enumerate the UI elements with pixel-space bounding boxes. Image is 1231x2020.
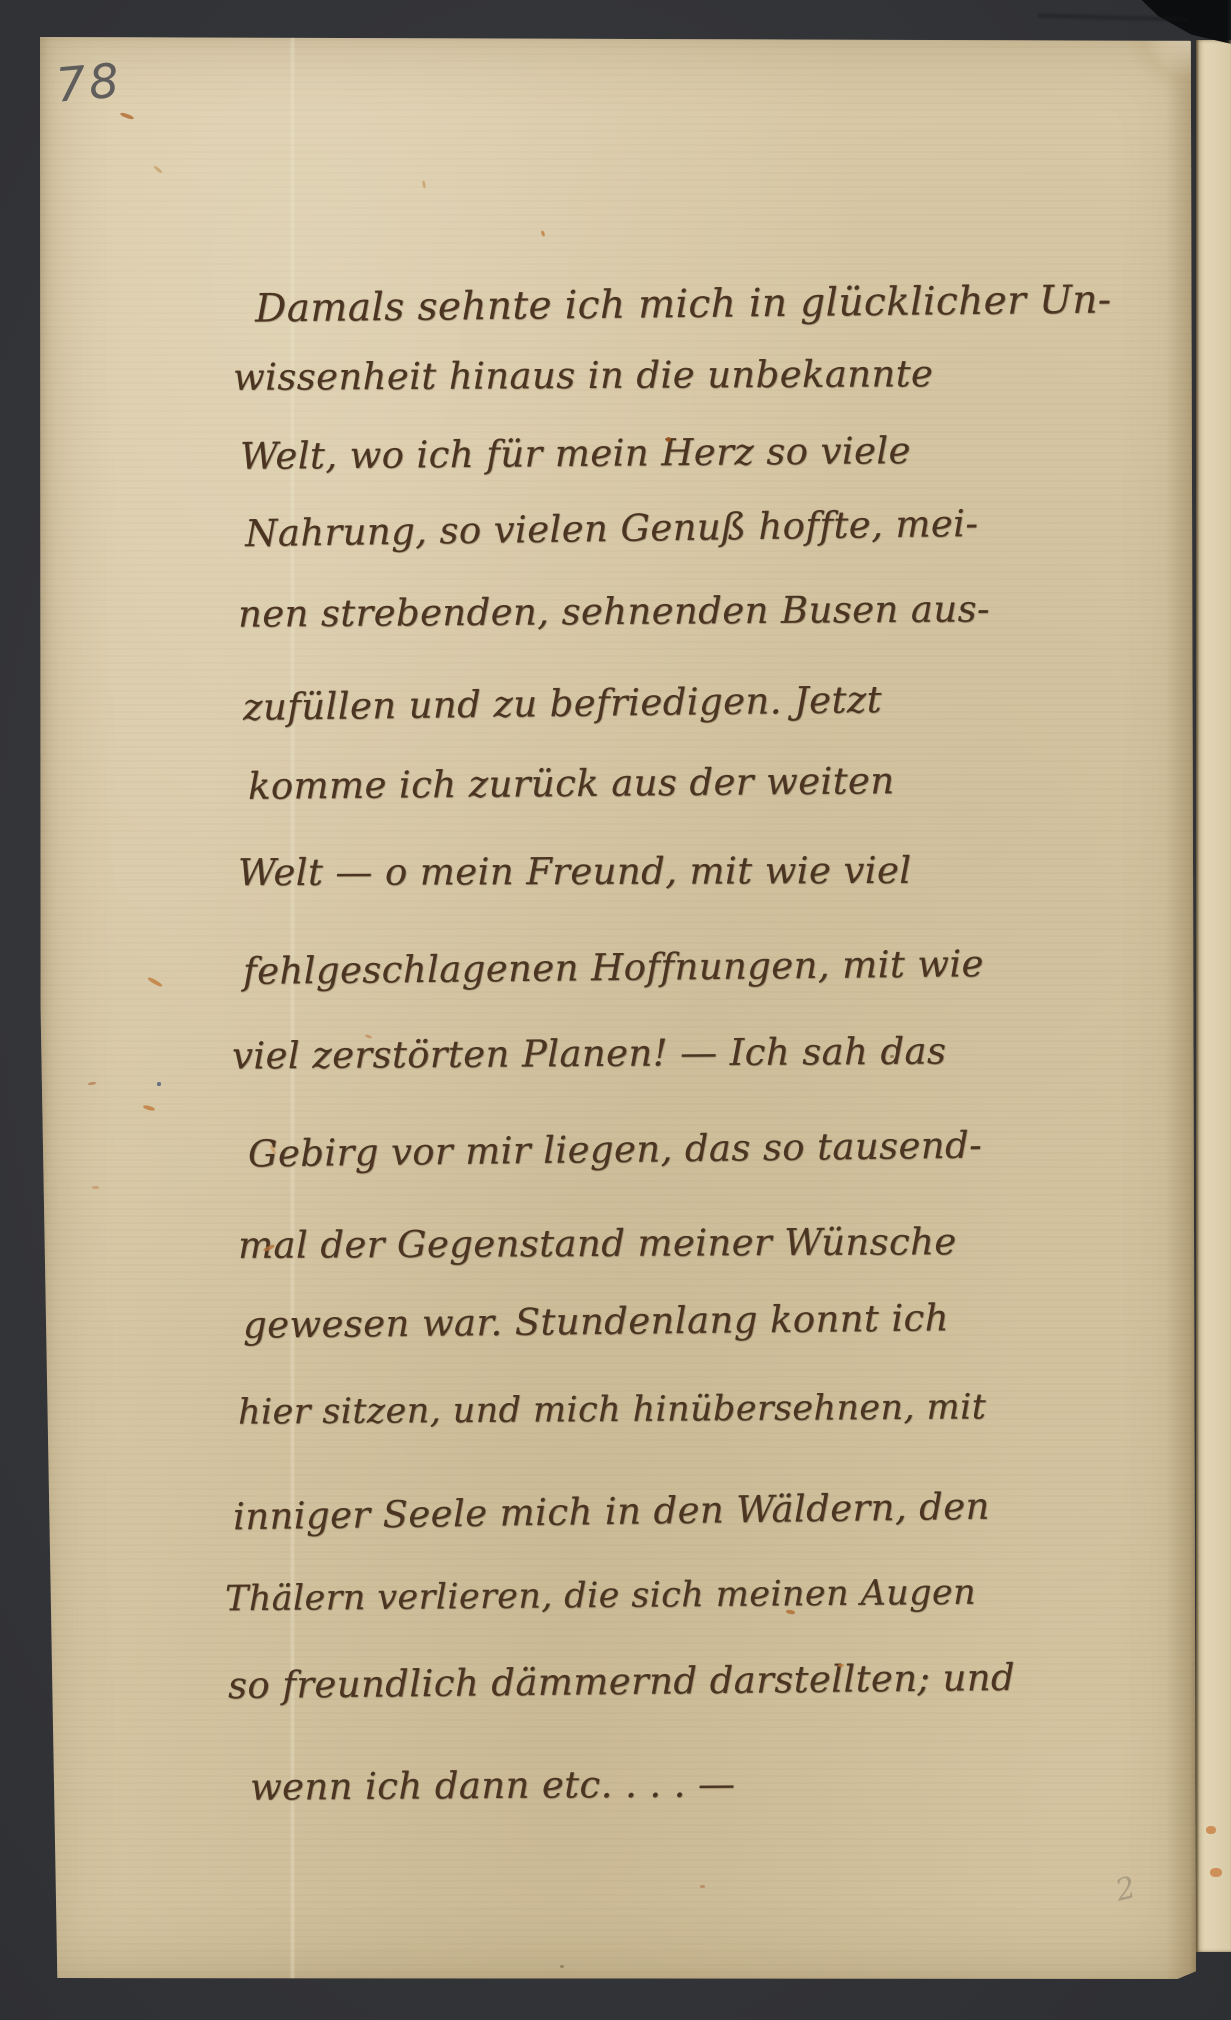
page-edge-shadow (1166, 36, 1196, 1980)
foxing-spot (157, 1082, 161, 1086)
manuscript-line: Nahrung, so vielen Genuß hoffte, mei- (245, 502, 979, 555)
page-number: 78 (54, 53, 124, 114)
manuscript-line: zufüllen und zu befriedigen. Jetzt (243, 678, 882, 729)
foxing-spot (700, 1885, 705, 1888)
manuscript-line: nen strebenden, sehnenden Busen aus- (238, 587, 990, 635)
manuscript-line: Damals sehnte ich mich in glücklicher Un… (255, 278, 1112, 332)
foxing-spot (838, 1664, 844, 1667)
manuscript-line: so freundlich dämmernd darstellten; und (228, 1656, 1015, 1707)
foxing-spot (890, 1055, 894, 1058)
manuscript-line: fehlgeschlagenen Hoffnungen, mit wie (243, 942, 984, 993)
manuscript-line: hier sitzen, und mich hinübersehnen, mit (238, 1387, 986, 1432)
manuscript-line: wissenheit hinaus in die unbekannte (233, 352, 933, 399)
manuscript-page: 78 Damals sehnte ich mich in glücklicher… (40, 36, 1196, 1980)
manuscript-line: inniger Seele mich in den Wäldern, den (233, 1485, 990, 1539)
manuscript-line: wenn ich dann etc. . . . — (250, 1762, 736, 1808)
manuscript-line: komme ich zurück aus der weiten (248, 759, 895, 808)
page-corner-curl (1128, 34, 1198, 94)
corner-pencil-mark: 2 (1112, 1870, 1139, 1909)
foxing-spot (1210, 1868, 1222, 1877)
manuscript-line: Welt, wo ich für mein Herz so viele (240, 429, 911, 478)
foxing-spot (1206, 1826, 1216, 1834)
book-fore-edge (1196, 40, 1231, 1952)
foxing-spot (92, 1186, 99, 1189)
manuscript-line: Thälern verlieren, die sich meinen Augen (225, 1573, 976, 1620)
manuscript-line: Gebirg vor mir liegen, das so tausend- (248, 1124, 982, 1176)
foxing-spot (666, 437, 671, 442)
manuscript-line: viel zerstörten Planen! — Ich sah das (232, 1030, 947, 1078)
manuscript-line: gewesen war. Stundenlang konnt ich (243, 1296, 949, 1346)
foxing-spot (560, 1965, 564, 1968)
manuscript-line: Welt — o mein Freund, mit wie viel (238, 849, 912, 894)
scan-background: { "document": { "page_number": "78", "co… (0, 0, 1231, 2020)
manuscript-line: mal der Gegenstand meiner Wünsche (238, 1220, 957, 1267)
